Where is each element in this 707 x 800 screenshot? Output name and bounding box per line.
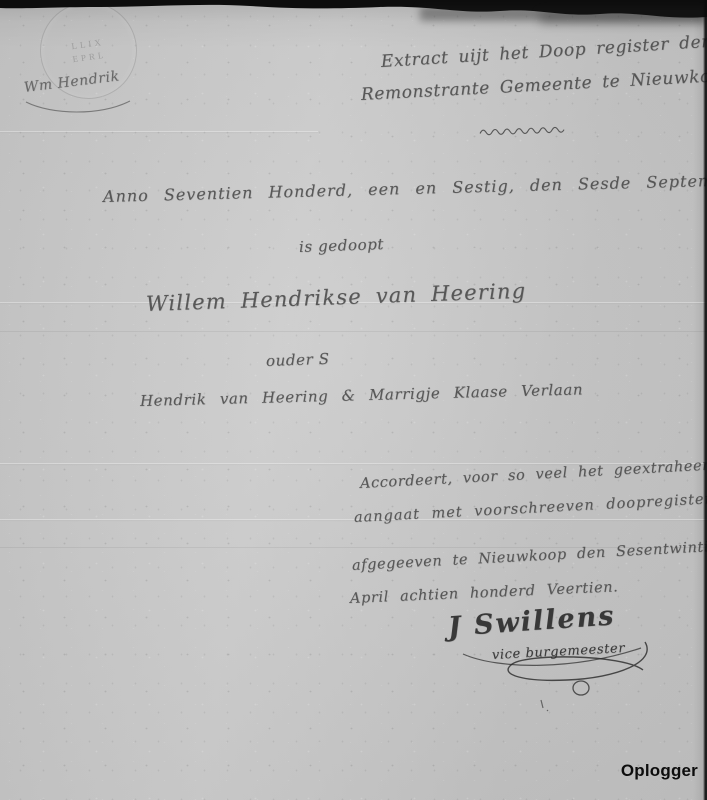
header-line-1: Extract uijt het Doop register der — [380, 32, 707, 72]
header-line-2: Remonstrante Gemeente te Nieuwkoop — [360, 66, 707, 105]
issuance-line-1: afgegeeven te Nieuwkoop den Sesentwintig — [352, 539, 707, 574]
header-underline-squiggle — [478, 123, 570, 136]
scan-top-edge — [0, 0, 707, 28]
paper-crease — [0, 131, 318, 132]
signature-flourish — [455, 640, 665, 720]
parents-label: ouder S — [266, 350, 330, 370]
parents-line: Hendrik van Heering & Marrigje Klaase Ve… — [140, 380, 584, 410]
margin-note-flourish — [22, 98, 134, 118]
date-line: Anno Seventien Honderd, een en Sestig, d… — [103, 170, 707, 206]
scanned-document: LLIX EPRL Wm Hendrik Extract uijt het Do… — [0, 0, 707, 800]
paper-crease — [0, 331, 707, 332]
name-line: Willem Hendrikse van Heering — [146, 279, 527, 316]
baptized-line: is gedoopt — [299, 235, 385, 256]
certification-line-1: Accordeert, voor so veel het geextraheer… — [360, 457, 707, 492]
scan-right-edge — [703, 0, 707, 800]
photographer-watermark: Oplogger — [621, 761, 698, 781]
signature-name: J Swillens — [447, 600, 616, 643]
certification-line-2: aangaat met voorschreeven doopregister — [354, 491, 707, 526]
